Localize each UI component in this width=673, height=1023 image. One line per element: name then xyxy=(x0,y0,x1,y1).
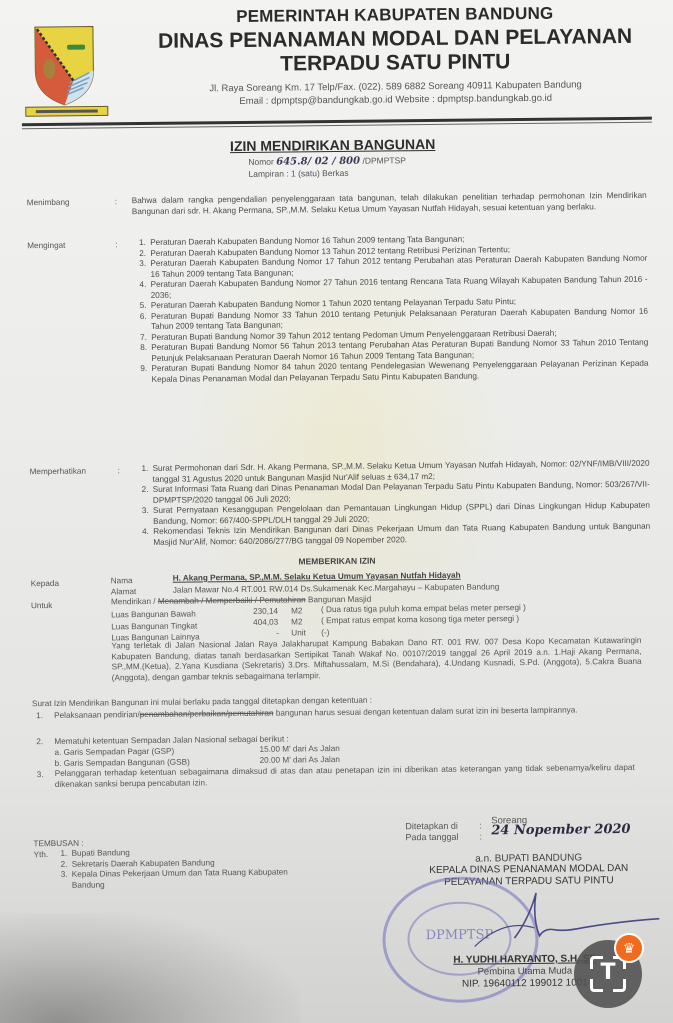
nomor-label: Nomor xyxy=(248,157,274,167)
permit-document: PEMERINTAH KABUPATEN BANDUNG DINAS PENAN… xyxy=(0,0,673,1023)
nama-label: Nama xyxy=(111,576,133,585)
struck-options: penambahan/perbaikan/pemutahiran xyxy=(140,709,274,719)
coat-of-arms-logo xyxy=(21,20,112,117)
attachment-note: Lampiran : 1 (satu) Berkas xyxy=(248,168,348,179)
menimbang-label: Menimbang xyxy=(27,198,70,207)
memberikan-izin-heading: MEMBERIKAN IZIN xyxy=(0,552,673,569)
colon: : xyxy=(115,240,117,249)
alamat-value: Jalan Mawar No.4 RT.001 RW.014 Ds.Sukame… xyxy=(173,582,500,594)
mengingat-item: Peraturan Bupati Bandung Nomor 84 tahun … xyxy=(149,359,648,385)
nama-value: H. Akang Permana, SP.,M.M. Selaku Ketua … xyxy=(173,571,461,583)
luas-bawah-label: Luas Bangunan Bawah xyxy=(111,609,196,619)
untuk-label: Untuk xyxy=(31,601,52,610)
crown-icon[interactable]: ♛ xyxy=(614,933,644,963)
memperhatikan-list: Surat Permohonan dari Sdr. H. Akang Perm… xyxy=(134,459,650,548)
colon: : xyxy=(115,197,117,206)
luas-lainnya-unit: Unit xyxy=(291,628,306,637)
luas-tingkat-note: ( Empat ratus empat koma kosong tiga met… xyxy=(321,614,519,625)
memperhatikan-label: Memperhatikan xyxy=(30,467,87,477)
document-number: Nomor 645.8/ 02 / 800 /DPMPTSP xyxy=(248,155,406,168)
tembusan-yth: Yth. xyxy=(34,850,49,861)
colon: : xyxy=(118,466,120,475)
letterhead: PEMERINTAH KABUPATEN BANDUNG DINAS PENAN… xyxy=(115,0,673,108)
gsb-value: 20.00 M' dari As Jalan xyxy=(260,755,340,766)
nomor-handwritten: 645.8/ 02 / 800 xyxy=(276,156,360,168)
text-scan-icon: T xyxy=(590,956,626,992)
colon: : xyxy=(479,820,482,830)
tembusan-item: Kepala Dinas Pekerjaan Umum dan Tata Rua… xyxy=(70,867,296,890)
kepada-label: Kepada xyxy=(31,579,59,588)
nomor-suffix: /DPMPTSP xyxy=(362,155,406,165)
luas-bawah-value: 230,14 xyxy=(253,607,278,616)
ketentuan-num: 1. xyxy=(36,711,43,722)
lokasi-text: Yang terletak di Jalan Nasional Jalan Ra… xyxy=(111,636,641,684)
tanggal-label: Pada tanggal xyxy=(405,832,458,843)
gsp-value: 15.00 M' dari As Jalan xyxy=(259,744,339,755)
menimbang-text: Bahwa dalam rangka pengendalian penyelen… xyxy=(132,191,647,217)
luas-tingkat-unit: M2 xyxy=(291,617,302,626)
ketentuan-num: 2. xyxy=(36,737,43,748)
luas-tingkat-value: 404,03 xyxy=(253,618,278,627)
luas-lainnya-note: (-) xyxy=(321,628,329,637)
luas-bawah-note: ( Dua ratus tiga puluh koma empat belas … xyxy=(321,603,526,614)
struck-options: Menambah / Memperbaiki / Pemutahiran xyxy=(158,595,306,606)
ketentuan-num: 3. xyxy=(37,770,44,781)
tembusan-list: Bupati Bandung Sekretaris Daerah Kabupat… xyxy=(56,846,296,891)
colon: : xyxy=(479,831,482,841)
ditetapkan-label: Ditetapkan di xyxy=(405,821,458,832)
mengingat-list: Peraturan Daerah Kabupaten Bandung Nomor… xyxy=(132,233,649,385)
tanggal-handwritten: 24 Nopember 2020 xyxy=(491,822,630,838)
gsp-label: a. Garis Sempadan Pagar (GSP) xyxy=(54,747,174,759)
ketentuan-item-2: Mematuhi ketentuan Sempadan Jalan Nasion… xyxy=(54,735,289,748)
memperhatikan-item: Rekomendasi Teknis Izin Mendirikan Bangu… xyxy=(151,522,650,548)
document-title: IZIN MENDIRIKAN BANGUNAN xyxy=(0,133,669,156)
mengingat-label: Mengingat xyxy=(27,241,65,250)
luas-bawah-unit: M2 xyxy=(291,606,302,615)
alamat-label: Alamat xyxy=(111,587,137,596)
luas-lainnya-value: - xyxy=(276,629,279,638)
luas-tingkat-label: Luas Bangunan Tingkat xyxy=(111,621,197,631)
